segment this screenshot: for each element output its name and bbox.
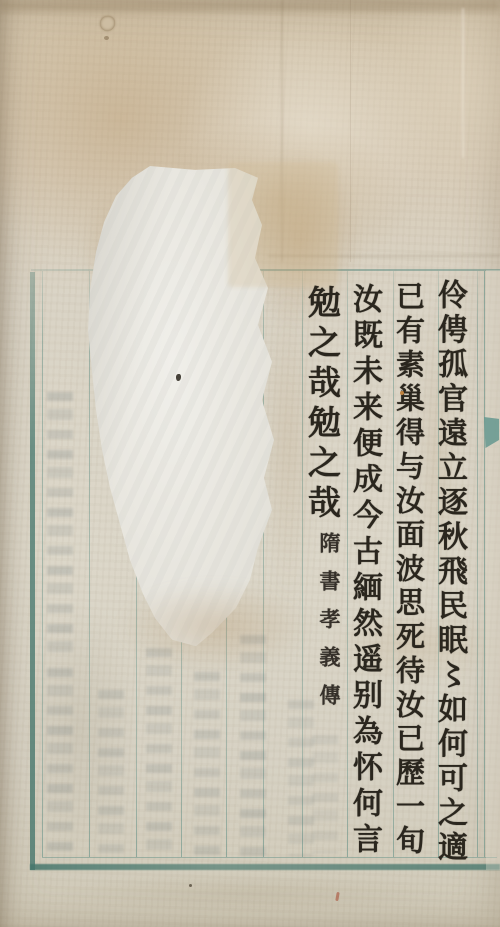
- stain-blob: [0, 0, 500, 12]
- page-edge-strip: [486, 270, 500, 870]
- manuscript-page: 伶俜孤官遠立逐秋飛民眠〻如何可之適 已有素巢得与汝面波思死待汝已歷一旬 汝既未来…: [0, 0, 500, 927]
- ghost-text-column: [47, 668, 73, 860]
- rule-line: [42, 271, 43, 857]
- ghost-text-column: [194, 672, 220, 857]
- ghost-text-column: [146, 648, 172, 856]
- ghost-text-column: [240, 635, 266, 857]
- ink-speck: [189, 884, 192, 887]
- rule-line: [89, 271, 90, 857]
- ghost-text-column: [47, 392, 73, 654]
- crease-line: [350, 0, 351, 262]
- overlay-paper-piece: [228, 162, 338, 287]
- calligraphy-column-1: 伶俜孤官遠立逐秋飛民眠〻如何可之適: [434, 279, 464, 866]
- calligraphy-column-3: 汝既未来便成今古緬然遥别為怀何言: [349, 283, 379, 859]
- ghost-text-column: [312, 735, 338, 853]
- red-mark: [335, 892, 340, 901]
- crease-line: [462, 8, 464, 158]
- frame-bottom-border: [30, 864, 500, 870]
- calligraphy-column-2: 已有素巢得与汝面波思死待汝已歷一旬: [394, 281, 423, 859]
- rule-line: [477, 271, 478, 857]
- wormhole-notch: [104, 36, 109, 40]
- rule-line: [484, 271, 485, 857]
- stain-blob: [60, 872, 440, 914]
- ink-speck: [400, 391, 404, 395]
- ghost-text-column: [98, 690, 124, 858]
- frame-left-border: [30, 272, 35, 870]
- stain-blob: [360, 0, 500, 200]
- citation-small-text: 隋書孝義傳: [319, 532, 340, 722]
- calligraphy-column-4: 勉之哉勉之哉: [306, 285, 339, 525]
- wormhole: [100, 16, 115, 31]
- ghost-text-column: [288, 700, 314, 856]
